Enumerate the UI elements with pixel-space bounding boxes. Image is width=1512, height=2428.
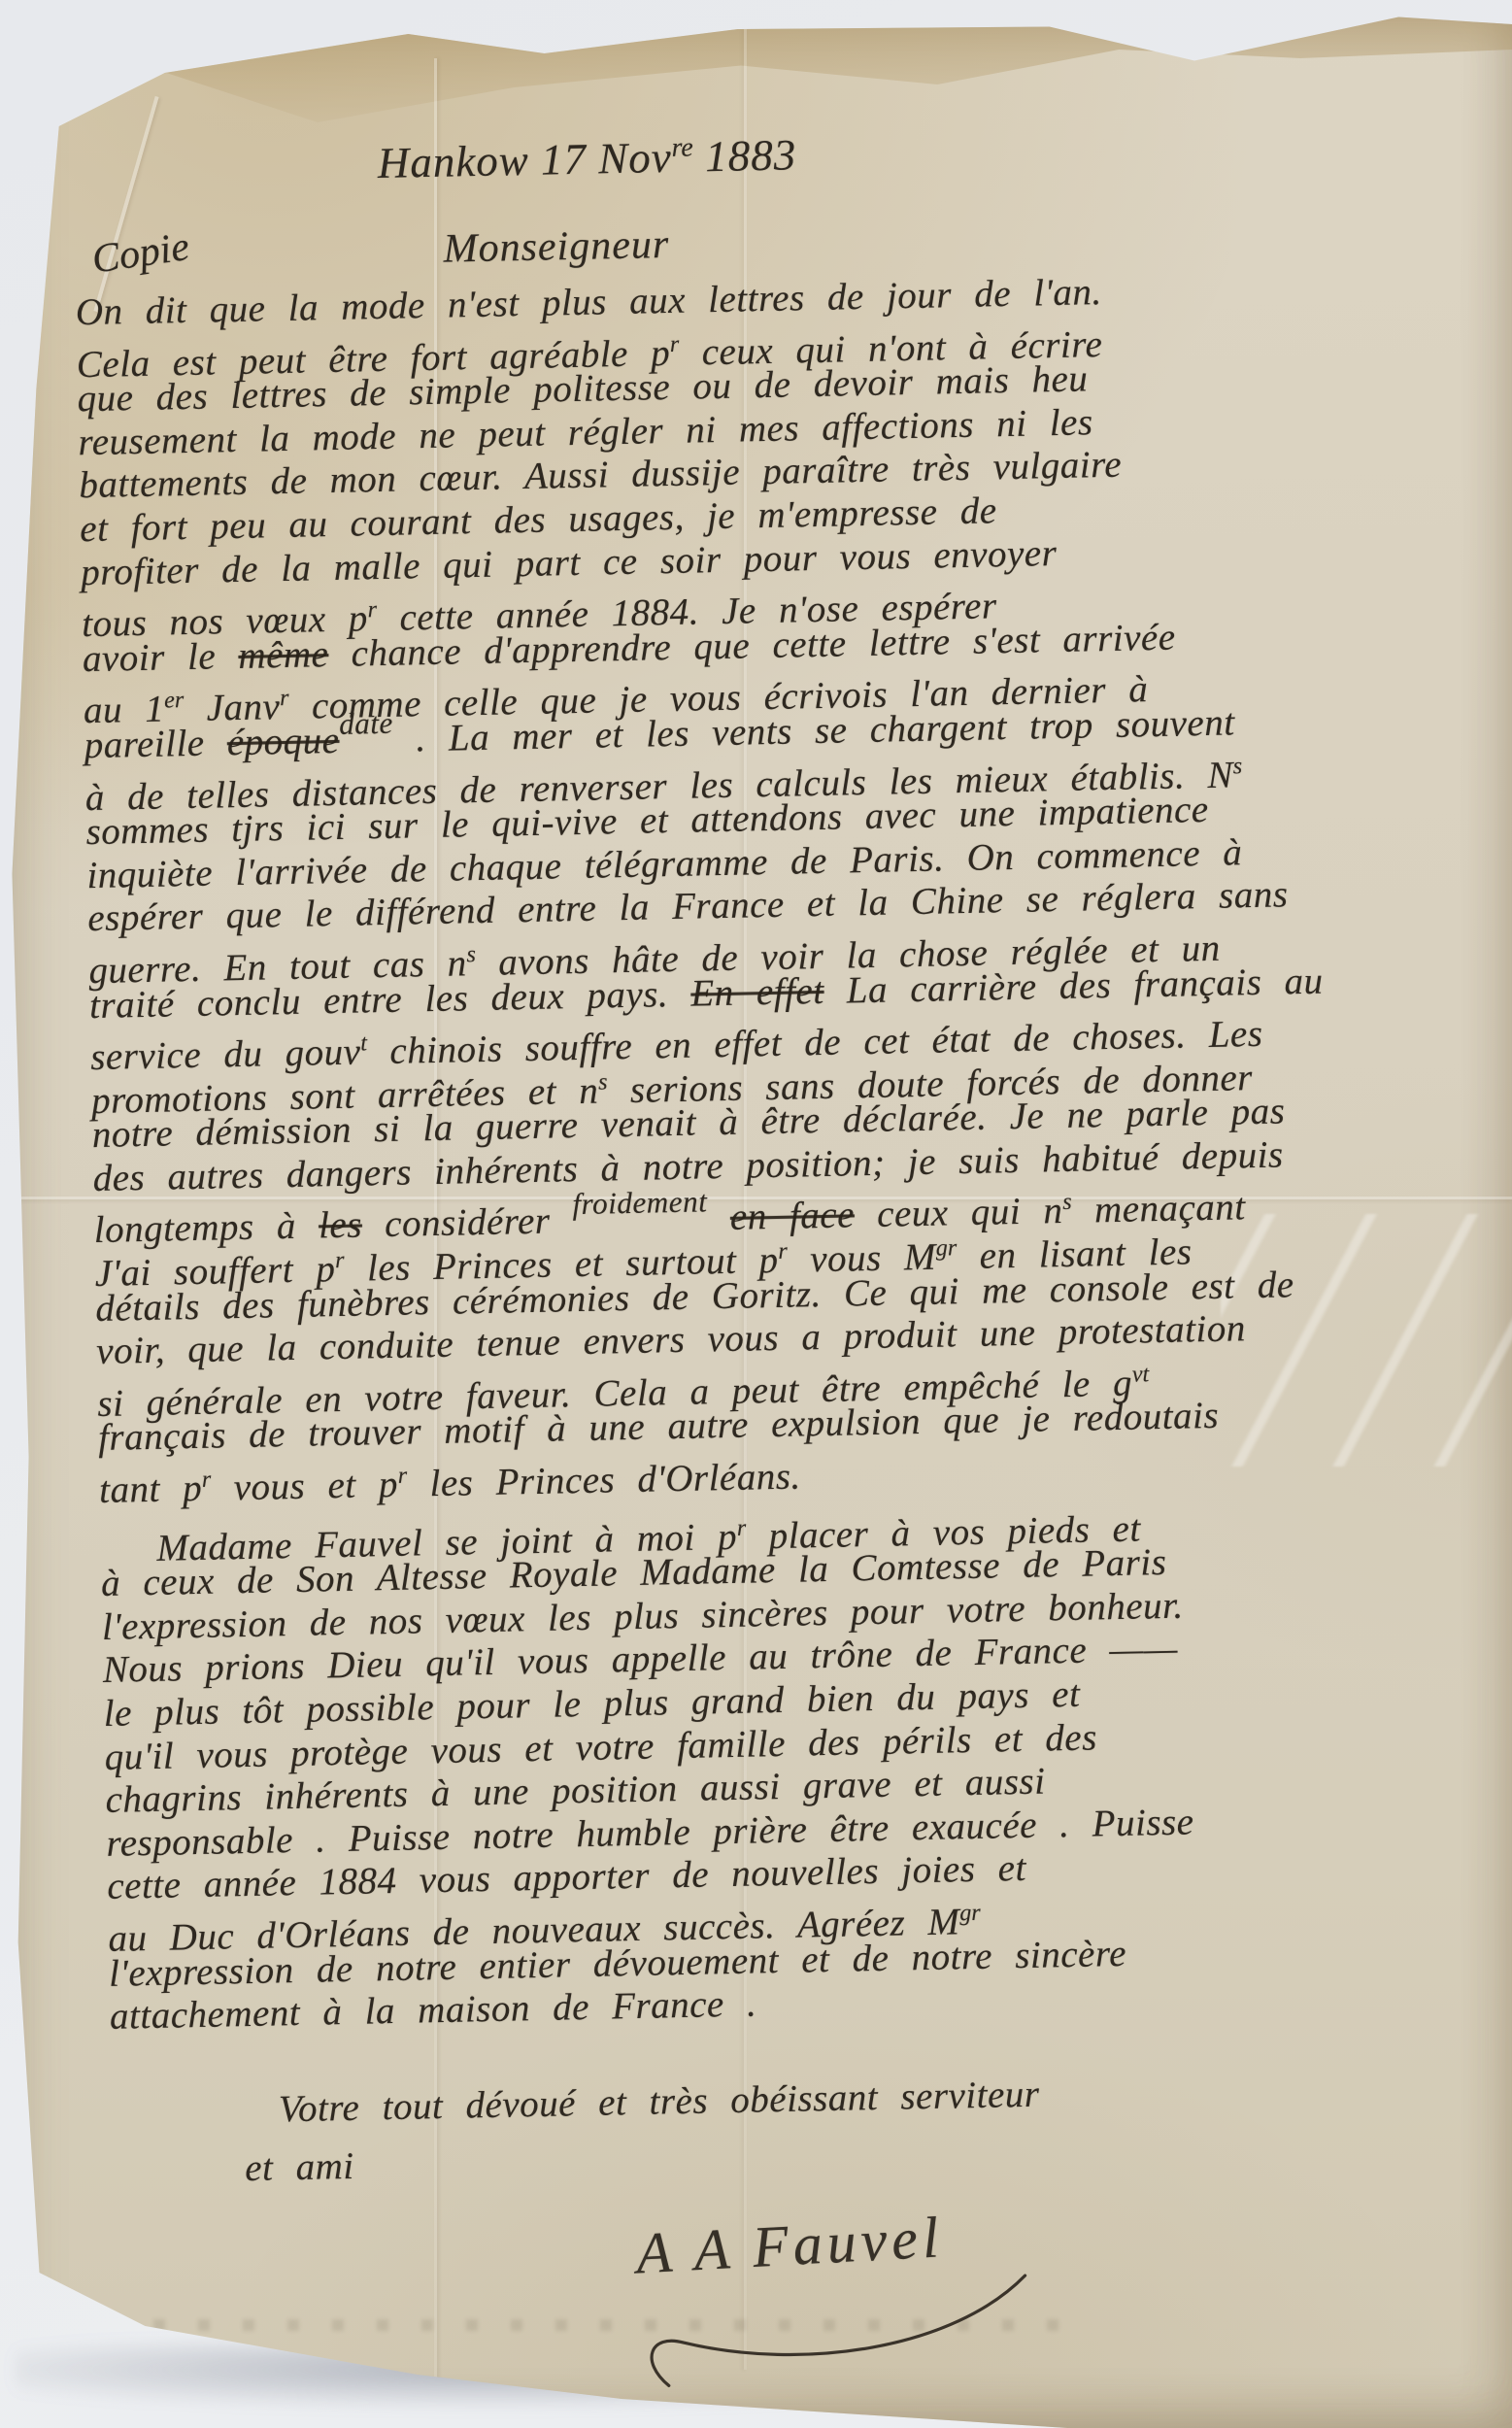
letter-body: On dit que la mode n'est plus aux lettre… [75, 263, 1512, 2199]
letter-handwriting-layer: Copie Hankow 17 Novre 1883 Monseigneur O… [0, 0, 1512, 2428]
copy-annotation: Copie [89, 223, 192, 284]
signature-flourish [622, 2258, 1042, 2422]
letter-dateline: Hankow 17 Novre 1883 [377, 129, 796, 188]
paper-sheet: Copie Hankow 17 Novre 1883 Monseigneur O… [0, 0, 1512, 2428]
photo-backdrop: Copie Hankow 17 Novre 1883 Monseigneur O… [0, 0, 1512, 2428]
letter-signature: A A Fauvel [635, 2209, 944, 2282]
letter-paragraph-2: Madame Fauvel se joint à moi pr placer à… [100, 1491, 1512, 2040]
letter-paragraph-1: On dit que la mode n'est plus aux lettre… [75, 263, 1512, 1504]
letter-closing: Votre tout dévoué et très obéissant serv… [111, 2053, 1512, 2198]
letter-salutation: Monseigneur [443, 221, 670, 273]
